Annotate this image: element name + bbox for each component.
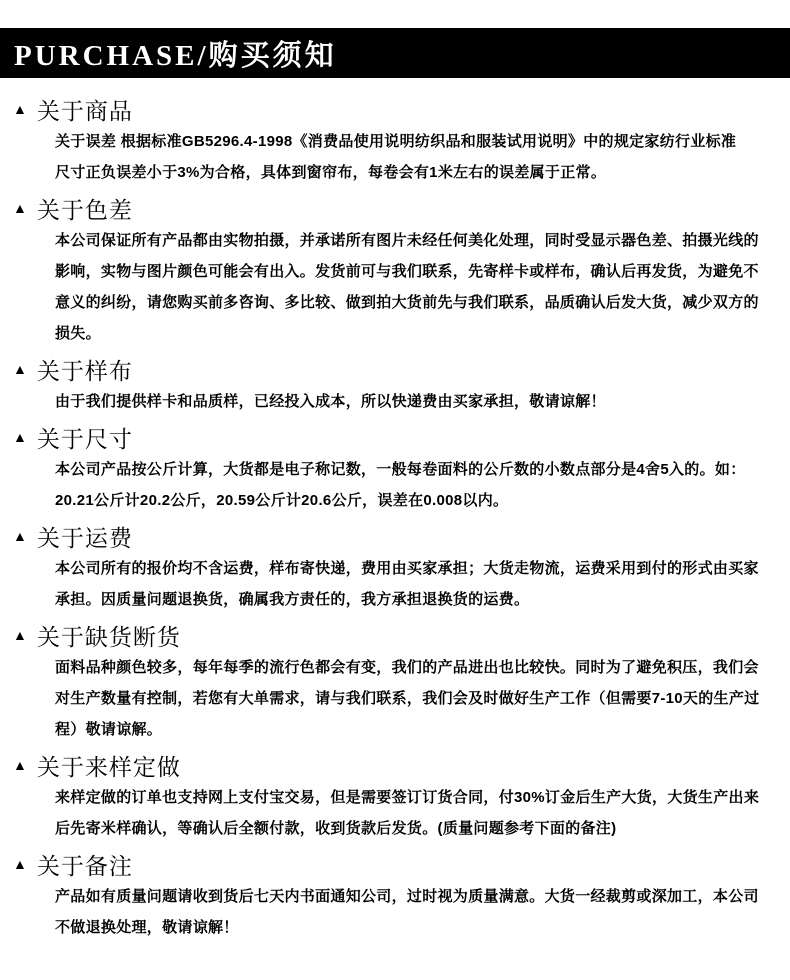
- section-heading: ▲ 关于运费: [13, 519, 772, 553]
- body-line: 损失。: [55, 318, 772, 349]
- section-title: 关于缺货断货: [37, 619, 181, 652]
- triangle-bullet-icon: ▲: [13, 628, 27, 642]
- body-line: 本公司所有的报价均不含运费，样布寄快递，费用由买家承担；大货走物流，运费采用到付…: [55, 553, 772, 584]
- triangle-bullet-icon: ▲: [13, 362, 27, 376]
- section-title: 关于来样定做: [37, 749, 181, 782]
- section-body: 面料品种颜色较多，每年每季的流行色都会有变，我们的产品进出也比较快。同时为了避免…: [55, 652, 772, 745]
- section-heading: ▲ 关于尺寸: [13, 420, 772, 454]
- triangle-bullet-icon: ▲: [13, 857, 27, 871]
- notice-section: ▲ 关于来样定做 来样定做的订单也支持网上支付宝交易，但是需要签订订货合同，付3…: [13, 748, 772, 844]
- body-line: 来样定做的订单也支持网上支付宝交易，但是需要签订订货合同，付30%订金后生产大货…: [55, 782, 772, 813]
- body-line: 尺寸正负误差小于3%为合格，具体到窗帘布，每卷会有1米左右的误差属于正常。: [55, 157, 772, 188]
- body-line: 不做退换处理，敬请谅解！: [55, 912, 772, 943]
- sections-list: ▲ 关于商品 关于误差 根据标准GB5296.4-1998《消费品使用说明纺织品…: [0, 78, 790, 943]
- triangle-bullet-icon: ▲: [13, 758, 27, 772]
- body-line: 面料品种颜色较多，每年每季的流行色都会有变，我们的产品进出也比较快。同时为了避免…: [55, 652, 772, 683]
- notice-section: ▲ 关于色差 本公司保证所有产品都由实物拍摄，并承诺所有图片未经任何美化处理，同…: [13, 191, 772, 349]
- section-body: 关于误差 根据标准GB5296.4-1998《消费品使用说明纺织品和服装试用说明…: [55, 126, 772, 188]
- section-body: 本公司保证所有产品都由实物拍摄，并承诺所有图片未经任何美化处理，同时受显示器色差…: [55, 225, 772, 349]
- body-line: 关于误差 根据标准GB5296.4-1998《消费品使用说明纺织品和服装试用说明…: [55, 126, 772, 157]
- section-body: 产品如有质量问题请收到货后七天内书面通知公司，过时视为质量满意。大货一经裁剪或深…: [55, 881, 772, 943]
- section-title: 关于色差: [37, 192, 133, 225]
- section-body: 本公司所有的报价均不含运费，样布寄快递，费用由买家承担；大货走物流，运费采用到付…: [55, 553, 772, 615]
- section-heading: ▲ 关于缺货断货: [13, 618, 772, 652]
- header-bar: PURCHASE/购买须知: [0, 28, 790, 78]
- notice-section: ▲ 关于运费 本公司所有的报价均不含运费，样布寄快递，费用由买家承担；大货走物流…: [13, 519, 772, 615]
- notice-section: ▲ 关于样布 由于我们提供样卡和品质样，已经投入成本，所以快递费由买家承担，敬请…: [13, 352, 772, 417]
- body-line: 影响，实物与图片颜色可能会有出入。发货前可与我们联系，先寄样卡或样布，确认后再发…: [55, 256, 772, 287]
- body-line: 本公司保证所有产品都由实物拍摄，并承诺所有图片未经任何美化处理，同时受显示器色差…: [55, 225, 772, 256]
- section-title: 关于商品: [37, 93, 133, 126]
- page-title: PURCHASE/购买须知: [14, 33, 337, 74]
- section-heading: ▲ 关于色差: [13, 191, 772, 225]
- body-line: 意义的纠纷，请您购买前多咨询、多比较、做到拍大货前先与我们联系，品质确认后发大货…: [55, 287, 772, 318]
- purchase-notice-page: PURCHASE/购买须知 ▲ 关于商品 关于误差 根据标准GB5296.4-1…: [0, 0, 790, 980]
- body-line: 承担。因质量问题退换货，确属我方责任的，我方承担退换货的运费。: [55, 584, 772, 615]
- notice-section: ▲ 关于缺货断货 面料品种颜色较多，每年每季的流行色都会有变，我们的产品进出也比…: [13, 618, 772, 745]
- section-body: 由于我们提供样卡和品质样，已经投入成本，所以快递费由买家承担，敬请谅解！: [55, 386, 772, 417]
- body-line: 后先寄米样确认，等确认后全额付款，收到货款后发货。(质量问题参考下面的备注): [55, 813, 772, 844]
- body-line: 程）敬请谅解。: [55, 714, 772, 745]
- section-title: 关于运费: [37, 520, 133, 553]
- body-line: 对生产数量有控制，若您有大单需求，请与我们联系，我们会及时做好生产工作（但需要7…: [55, 683, 772, 714]
- section-body: 本公司产品按公斤计算，大货都是电子称记数，一般每卷面料的公斤数的小数点部分是4舍…: [55, 454, 772, 516]
- body-line: 产品如有质量问题请收到货后七天内书面通知公司，过时视为质量满意。大货一经裁剪或深…: [55, 881, 772, 912]
- section-title: 关于样布: [37, 353, 133, 386]
- section-title: 关于尺寸: [37, 421, 133, 454]
- section-heading: ▲ 关于商品: [13, 92, 772, 126]
- body-line: 本公司产品按公斤计算，大货都是电子称记数，一般每卷面料的公斤数的小数点部分是4舍…: [55, 454, 772, 485]
- body-line: 由于我们提供样卡和品质样，已经投入成本，所以快递费由买家承担，敬请谅解！: [55, 386, 772, 417]
- section-heading: ▲ 关于来样定做: [13, 748, 772, 782]
- section-heading: ▲ 关于样布: [13, 352, 772, 386]
- triangle-bullet-icon: ▲: [13, 529, 27, 543]
- triangle-bullet-icon: ▲: [13, 102, 27, 116]
- notice-section: ▲ 关于备注 产品如有质量问题请收到货后七天内书面通知公司，过时视为质量满意。大…: [13, 847, 772, 943]
- section-title: 关于备注: [37, 848, 133, 881]
- body-line: 20.21公斤计20.2公斤，20.59公斤计20.6公斤，误差在0.008以内…: [55, 485, 772, 516]
- notice-section: ▲ 关于尺寸 本公司产品按公斤计算，大货都是电子称记数，一般每卷面料的公斤数的小…: [13, 420, 772, 516]
- triangle-bullet-icon: ▲: [13, 201, 27, 215]
- triangle-bullet-icon: ▲: [13, 430, 27, 444]
- notice-section: ▲ 关于商品 关于误差 根据标准GB5296.4-1998《消费品使用说明纺织品…: [13, 92, 772, 188]
- section-heading: ▲ 关于备注: [13, 847, 772, 881]
- section-body: 来样定做的订单也支持网上支付宝交易，但是需要签订订货合同，付30%订金后生产大货…: [55, 782, 772, 844]
